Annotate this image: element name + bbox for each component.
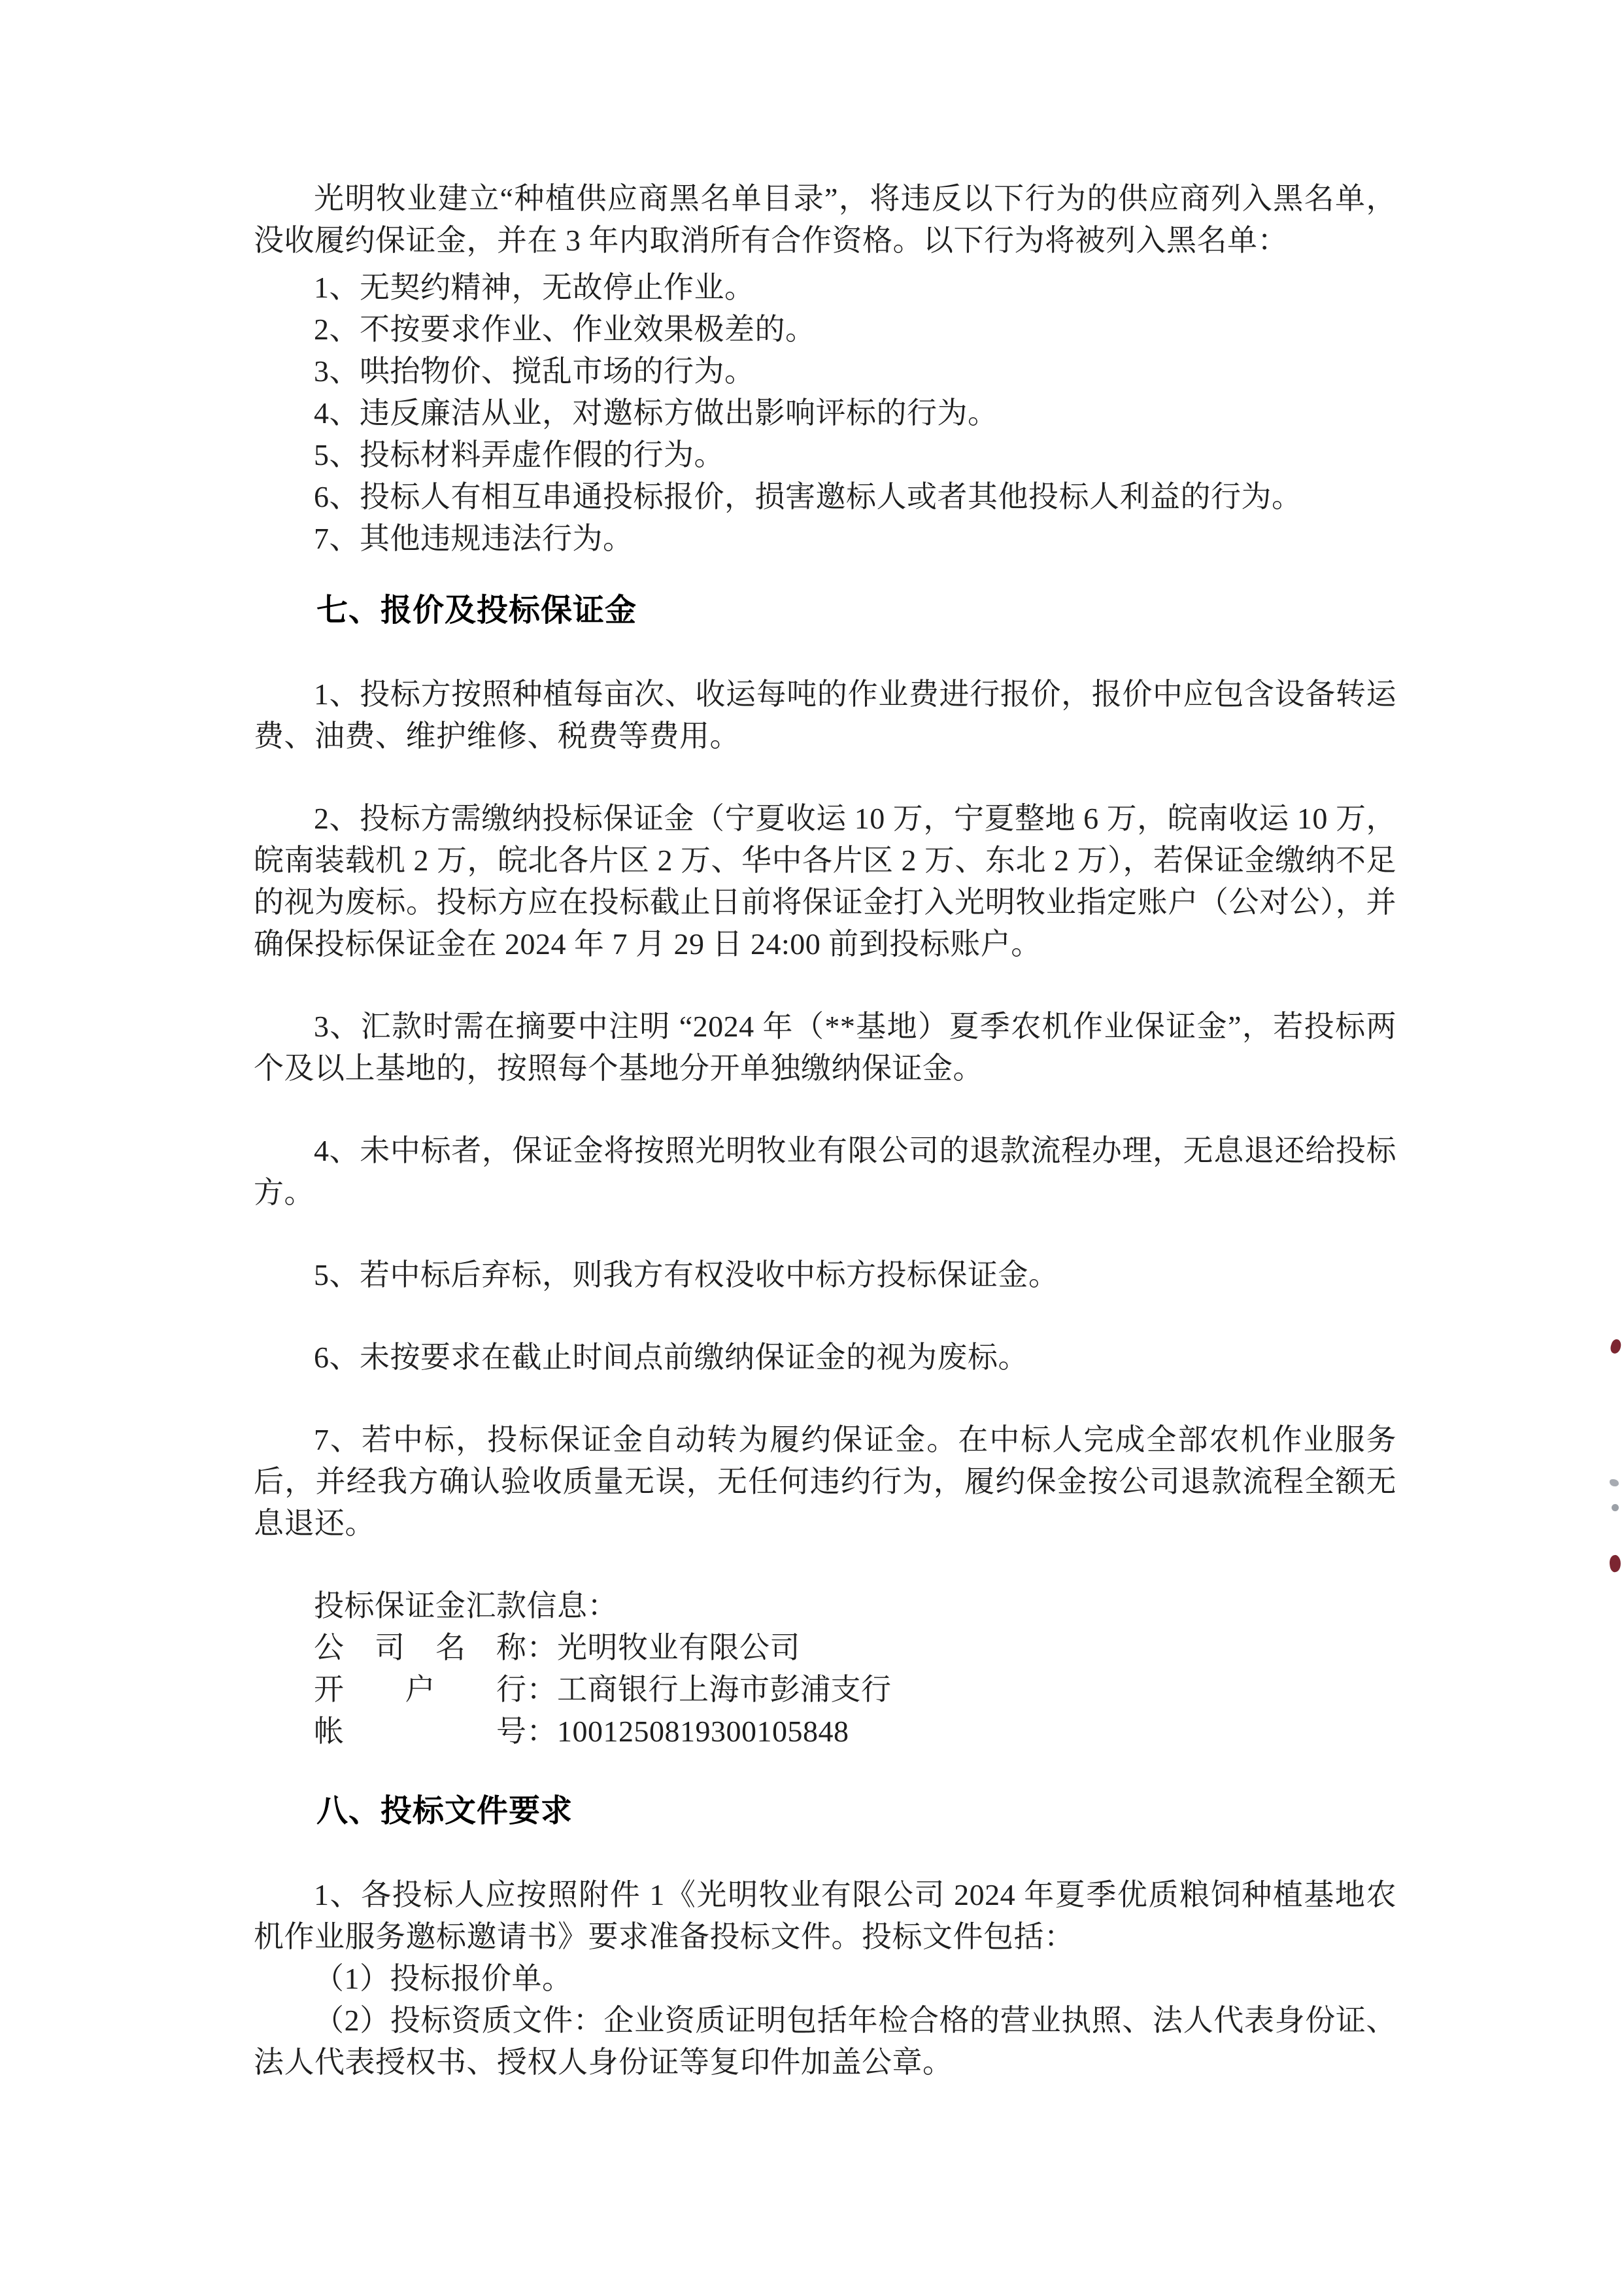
remittance-company-label: 公 司 名 称： xyxy=(314,1631,557,1664)
remittance-account-label: 帐 号： xyxy=(314,1715,557,1748)
section7-paragraph-2: 2、投标方需缴纳投标保证金（宁夏收运 10 万，宁夏整地 6 万，皖南收运 10… xyxy=(254,798,1396,965)
blacklist-item-4: 4、违反廉洁从业，对邀标方做出影响评标的行为。 xyxy=(254,392,1396,434)
remittance-account-row: 帐 号：1001250819300105848 xyxy=(254,1711,1396,1753)
blacklist-item-1: 1、无契约精神，无故停止作业。 xyxy=(254,267,1396,309)
blacklist-item-7: 7、其他违规违法行为。 xyxy=(254,518,1396,560)
section7-paragraph-3: 3、汇款时需在摘要中注明 “2024 年（**基地）夏季农机作业保证金”，若投标… xyxy=(254,1006,1396,1089)
blacklist-item-3: 3、哄抬物价、搅乱市场的行为。 xyxy=(254,351,1396,392)
gray-scan-dot xyxy=(1612,1504,1619,1511)
blacklist-item-6: 6、投标人有相互串通投标报价，损害邀标人或者其他投标人利益的行为。 xyxy=(254,476,1396,518)
remittance-bank-row: 开 户 行：工商银行上海市彭浦支行 xyxy=(254,1669,1396,1711)
red-ink-speck-bottom xyxy=(1608,1554,1621,1573)
remittance-company-row: 公 司 名 称：光明牧业有限公司 xyxy=(254,1627,1396,1669)
remittance-company-value: 光明牧业有限公司 xyxy=(557,1631,800,1664)
blacklist-intro-paragraph: 光明牧业建立“种植供应商黑名单目录”，将违反以下行为的供应商列入黑名单，没收履约… xyxy=(254,178,1396,262)
document-content: 光明牧业建立“种植供应商黑名单目录”，将违反以下行为的供应商列入黑名单，没收履约… xyxy=(254,178,1396,2083)
section8-paragraph-1: 1、各投标人应按照附件 1《光明牧业有限公司 2024 年夏季优质粮饲种植基地农… xyxy=(254,1874,1396,1958)
section8-heading: 八、投标文件要求 xyxy=(254,1790,1396,1832)
document-page: 光明牧业建立“种植供应商黑名单目录”，将违反以下行为的供应商列入黑名单，没收履约… xyxy=(0,0,1624,2294)
section7-paragraph-6: 6、未按要求在截止时间点前缴纳保证金的视为废标。 xyxy=(254,1337,1396,1378)
section7-paragraph-7: 7、若中标，投标保证金自动转为履约保证金。在中标人完成全部农机作业服务后，并经我… xyxy=(254,1419,1396,1545)
section7-heading: 七、报价及投标保证金 xyxy=(254,590,1396,632)
section8-item-2: （2）投标资质文件：企业资质证明包括年检合格的营业执照、法人代表身份证、法人代表… xyxy=(254,2000,1396,2083)
section7-paragraph-4: 4、未中标者，保证金将按照光明牧业有限公司的退款流程办理，无息退还给投标方。 xyxy=(254,1130,1396,1214)
blacklist-item-2: 2、不按要求作业、作业效果极差的。 xyxy=(254,309,1396,351)
section7-paragraph-1: 1、投标方按照种植每亩次、收运每吨的作业费进行报价，报价中应包含设备转运费、油费… xyxy=(254,674,1396,757)
gray-scan-mark xyxy=(1610,1479,1619,1486)
remittance-info-title: 投标保证金汇款信息： xyxy=(254,1585,1396,1627)
section7-paragraph-5: 5、若中标后弃标，则我方有权没收中标方投标保证金。 xyxy=(254,1254,1396,1296)
section8-item-1: （1）投标报价单。 xyxy=(254,1958,1396,2000)
red-ink-speck-top xyxy=(1609,1338,1623,1355)
remittance-bank-value: 工商银行上海市彭浦支行 xyxy=(557,1673,892,1706)
blacklist-item-5: 5、投标材料弄虚作假的行为。 xyxy=(254,434,1396,476)
remittance-account-value: 1001250819300105848 xyxy=(557,1715,849,1748)
remittance-bank-label: 开 户 行： xyxy=(314,1673,557,1706)
